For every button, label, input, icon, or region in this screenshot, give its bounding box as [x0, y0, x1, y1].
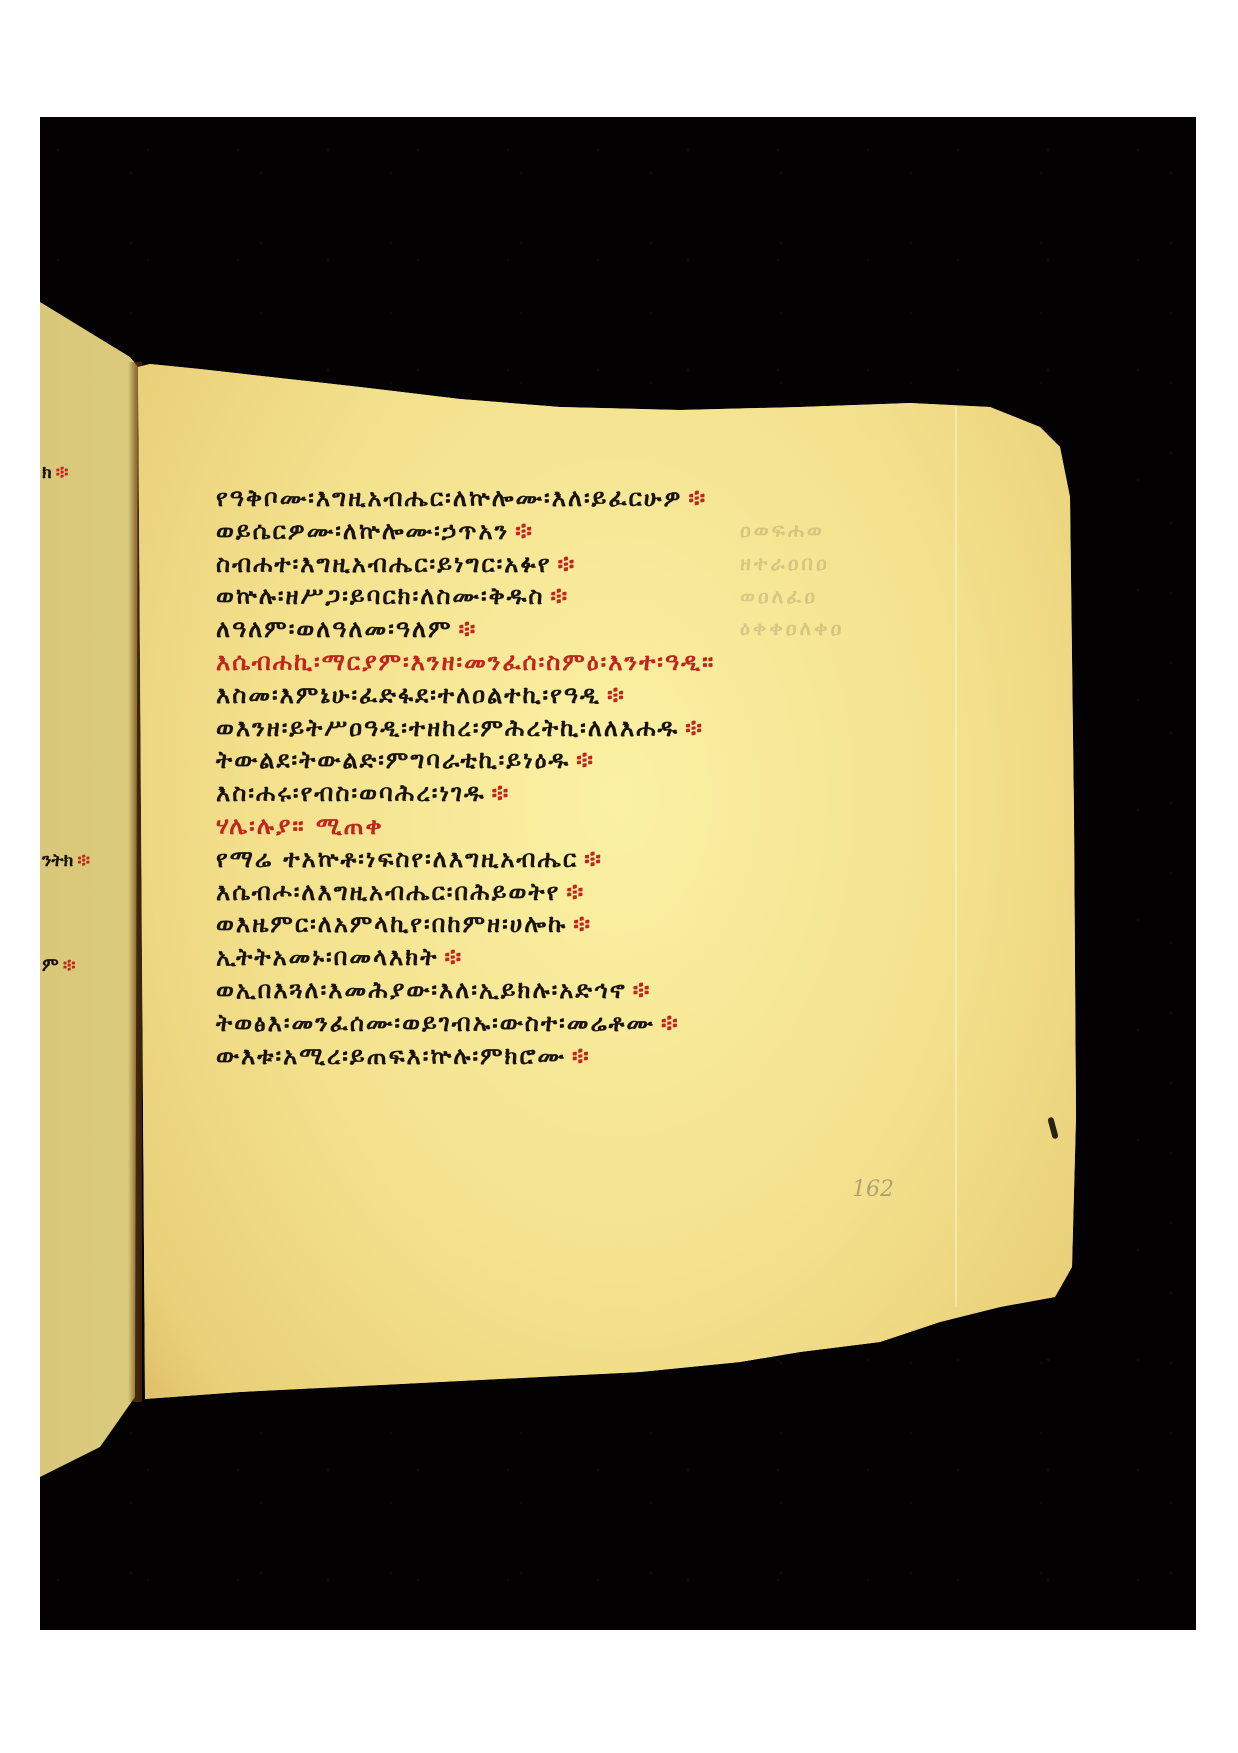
section-mark-icon: ፨: [77, 850, 90, 871]
text-line: እስ፡ሐሩ፡የብስ፡ወባሕረ፡ነገዱ፨: [216, 777, 936, 810]
section-mark-icon: ፨: [661, 1009, 680, 1037]
section-mark-icon: ፨: [492, 779, 511, 807]
folio-number: 162: [852, 1177, 894, 1202]
left-page-fragment: ም፨: [42, 955, 75, 976]
left-page-fragment: ክ፨: [42, 462, 68, 483]
section-mark-icon: ፨: [576, 746, 595, 774]
rubric-line: እሴብሐኪ፡ማርያም፡እንዘ፡መንፈሰ፡ስምዕ፡እንተ፡ዓዲ።: [216, 646, 936, 679]
section-mark-icon: ፨: [685, 714, 704, 742]
section-mark-icon: ፨: [515, 517, 534, 545]
text-line: ወእንዘ፡ይትሥዐዓዲ፡ተዘከረ፡ምሕረትኪ፡ለለእሐዱ፨: [216, 712, 936, 745]
text-line: ትወፅእ፡መንፈሰሙ፡ወይገብኡ፡ውስተ፡መሬቶሙ፨: [216, 1007, 936, 1040]
text-line: ስብሐተ፡እግዚአብሔር፡ይነግር፡አፉየ፨: [216, 548, 936, 581]
section-mark-icon: ፨: [573, 910, 592, 938]
section-mark-icon: ፨: [550, 582, 569, 610]
text-line: ትውልደ፡ትውልድ፡ምግባራቲኪ፡ይነዕዱ፨: [216, 744, 936, 777]
section-mark-icon: ፨: [633, 976, 652, 1004]
section-mark-icon: ፨: [444, 943, 463, 971]
text-line: እሴብሖ፡ለእግዚአብሔር፡በሕይወትየ፨: [216, 876, 936, 909]
section-mark-icon: ፨: [584, 845, 603, 873]
text-line: ወኵሉ፡ዘሥጋ፡ይባርክ፡ለስሙ፡ቅዱስ፨: [216, 580, 936, 613]
text-line: ኢትትአመኑ፡በመላእክት፨: [216, 941, 936, 974]
section-mark-icon: ፨: [607, 681, 626, 709]
section-mark-icon: ፨: [56, 462, 69, 483]
section-mark-icon: ፨: [459, 615, 478, 643]
text-line: የማሬ ተአኵቶ፡ነፍስየ፡ለእግዚአብሔር፨: [216, 843, 936, 876]
section-mark-icon: ፨: [566, 878, 585, 906]
text-line: ወይሴርዎሙ፡ለኵሎሙ፡ኃጥአን፨: [216, 515, 936, 548]
text-line: ውእቱ፡አሚረ፡ይጠፍእ፡ኵሉ፡ምክሮሙ፨: [216, 1040, 936, 1073]
text-line: ወኢበእጓለ፡እመሕያው፡እለ፡ኢይክሉ፡አድኅኖ፨: [216, 974, 936, 1007]
section-mark-icon: ፨: [558, 550, 577, 578]
text-line: ለዓለም፡ወለዓለመ፡ዓለም፨: [216, 613, 936, 646]
page-fold-line: [955, 407, 957, 1307]
manuscript-text-block: የዓቅቦሙ፡እግዚአብሔር፡ለኵሎሙ፡እለ፡ይፈርሁዎ፨ ወይሴርዎሙ፡ለኵሎሙ…: [216, 482, 936, 1072]
section-mark-icon: ፨: [688, 484, 707, 512]
manuscript-photograph: ክ፨ ንትክ፨ ም፨ ዐወፍሐወ ዘተራዐበዐ ወዐለፈዐ ዕቀቀዐለቀዐ የዓ…: [40, 117, 1196, 1630]
section-mark-icon: ፨: [63, 955, 76, 976]
rubric-heading: ሃሌ፡ሉያ። ሚጠቀ: [216, 810, 936, 843]
text-line: ወእዜምር፡ለአምላኪየ፡በከምዘ፡ሀሎኩ፨: [216, 908, 936, 941]
text-line: የዓቅቦሙ፡እግዚአብሔር፡ለኵሎሙ፡እለ፡ይፈርሁዎ፨: [216, 482, 936, 515]
left-page-fragment: ንትክ፨: [42, 850, 90, 871]
text-line: እስመ፡እምኔሁ፡ፈድፋደ፡ተለዐልተኪ፡የዓዲ፨: [216, 679, 936, 712]
section-mark-icon: ፨: [572, 1042, 591, 1070]
